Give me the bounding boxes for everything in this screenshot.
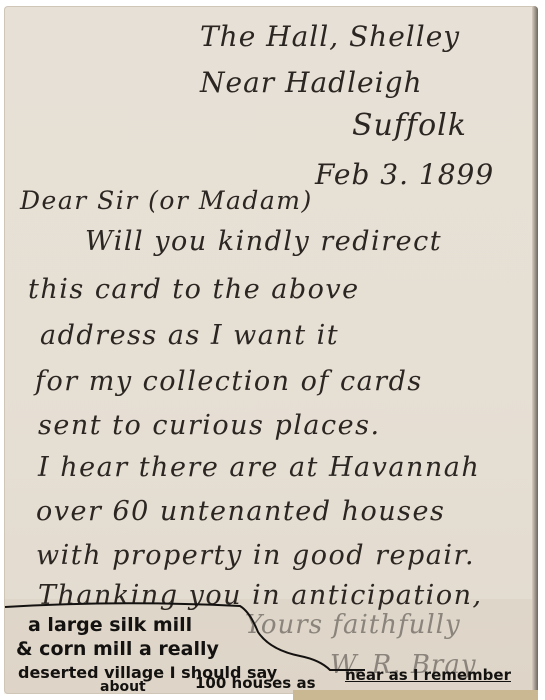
body-line-3: address as I want it (40, 320, 339, 351)
annotation-line-4c: near as I remember (345, 666, 511, 684)
annotation-line-4a: about (100, 679, 146, 695)
body-line-9: Thanking you in anticipation, (38, 580, 483, 611)
address-line-3: Suffolk (352, 108, 467, 143)
body-line-6: I hear there are at Havannah (38, 452, 480, 483)
body-line-2: this card to the above (28, 274, 360, 305)
body-line-7: over 60 untenanted houses (36, 496, 445, 527)
body-line-4: for my collection of cards (35, 366, 423, 397)
annotation-line-1: a large silk mill (28, 614, 192, 636)
closing: Yours faithfully (245, 610, 461, 640)
salutation: Dear Sir (or Madam) (20, 186, 313, 215)
card-edge-shadow (532, 6, 538, 694)
body-line-1: Will you kindly redirect (85, 226, 442, 257)
body-line-8: with property in good repair. (36, 540, 475, 571)
underlying-card-edge (293, 690, 538, 700)
address-line-1: The Hall, Shelley (200, 20, 460, 53)
annotation-line-4b: 100 houses as (195, 674, 316, 692)
address-line-2: Near Hadleigh (200, 66, 423, 99)
date: Feb 3. 1899 (315, 158, 494, 191)
body-line-5: sent to curious places. (38, 410, 381, 441)
annotation-line-2: & corn mill a really (16, 638, 219, 660)
